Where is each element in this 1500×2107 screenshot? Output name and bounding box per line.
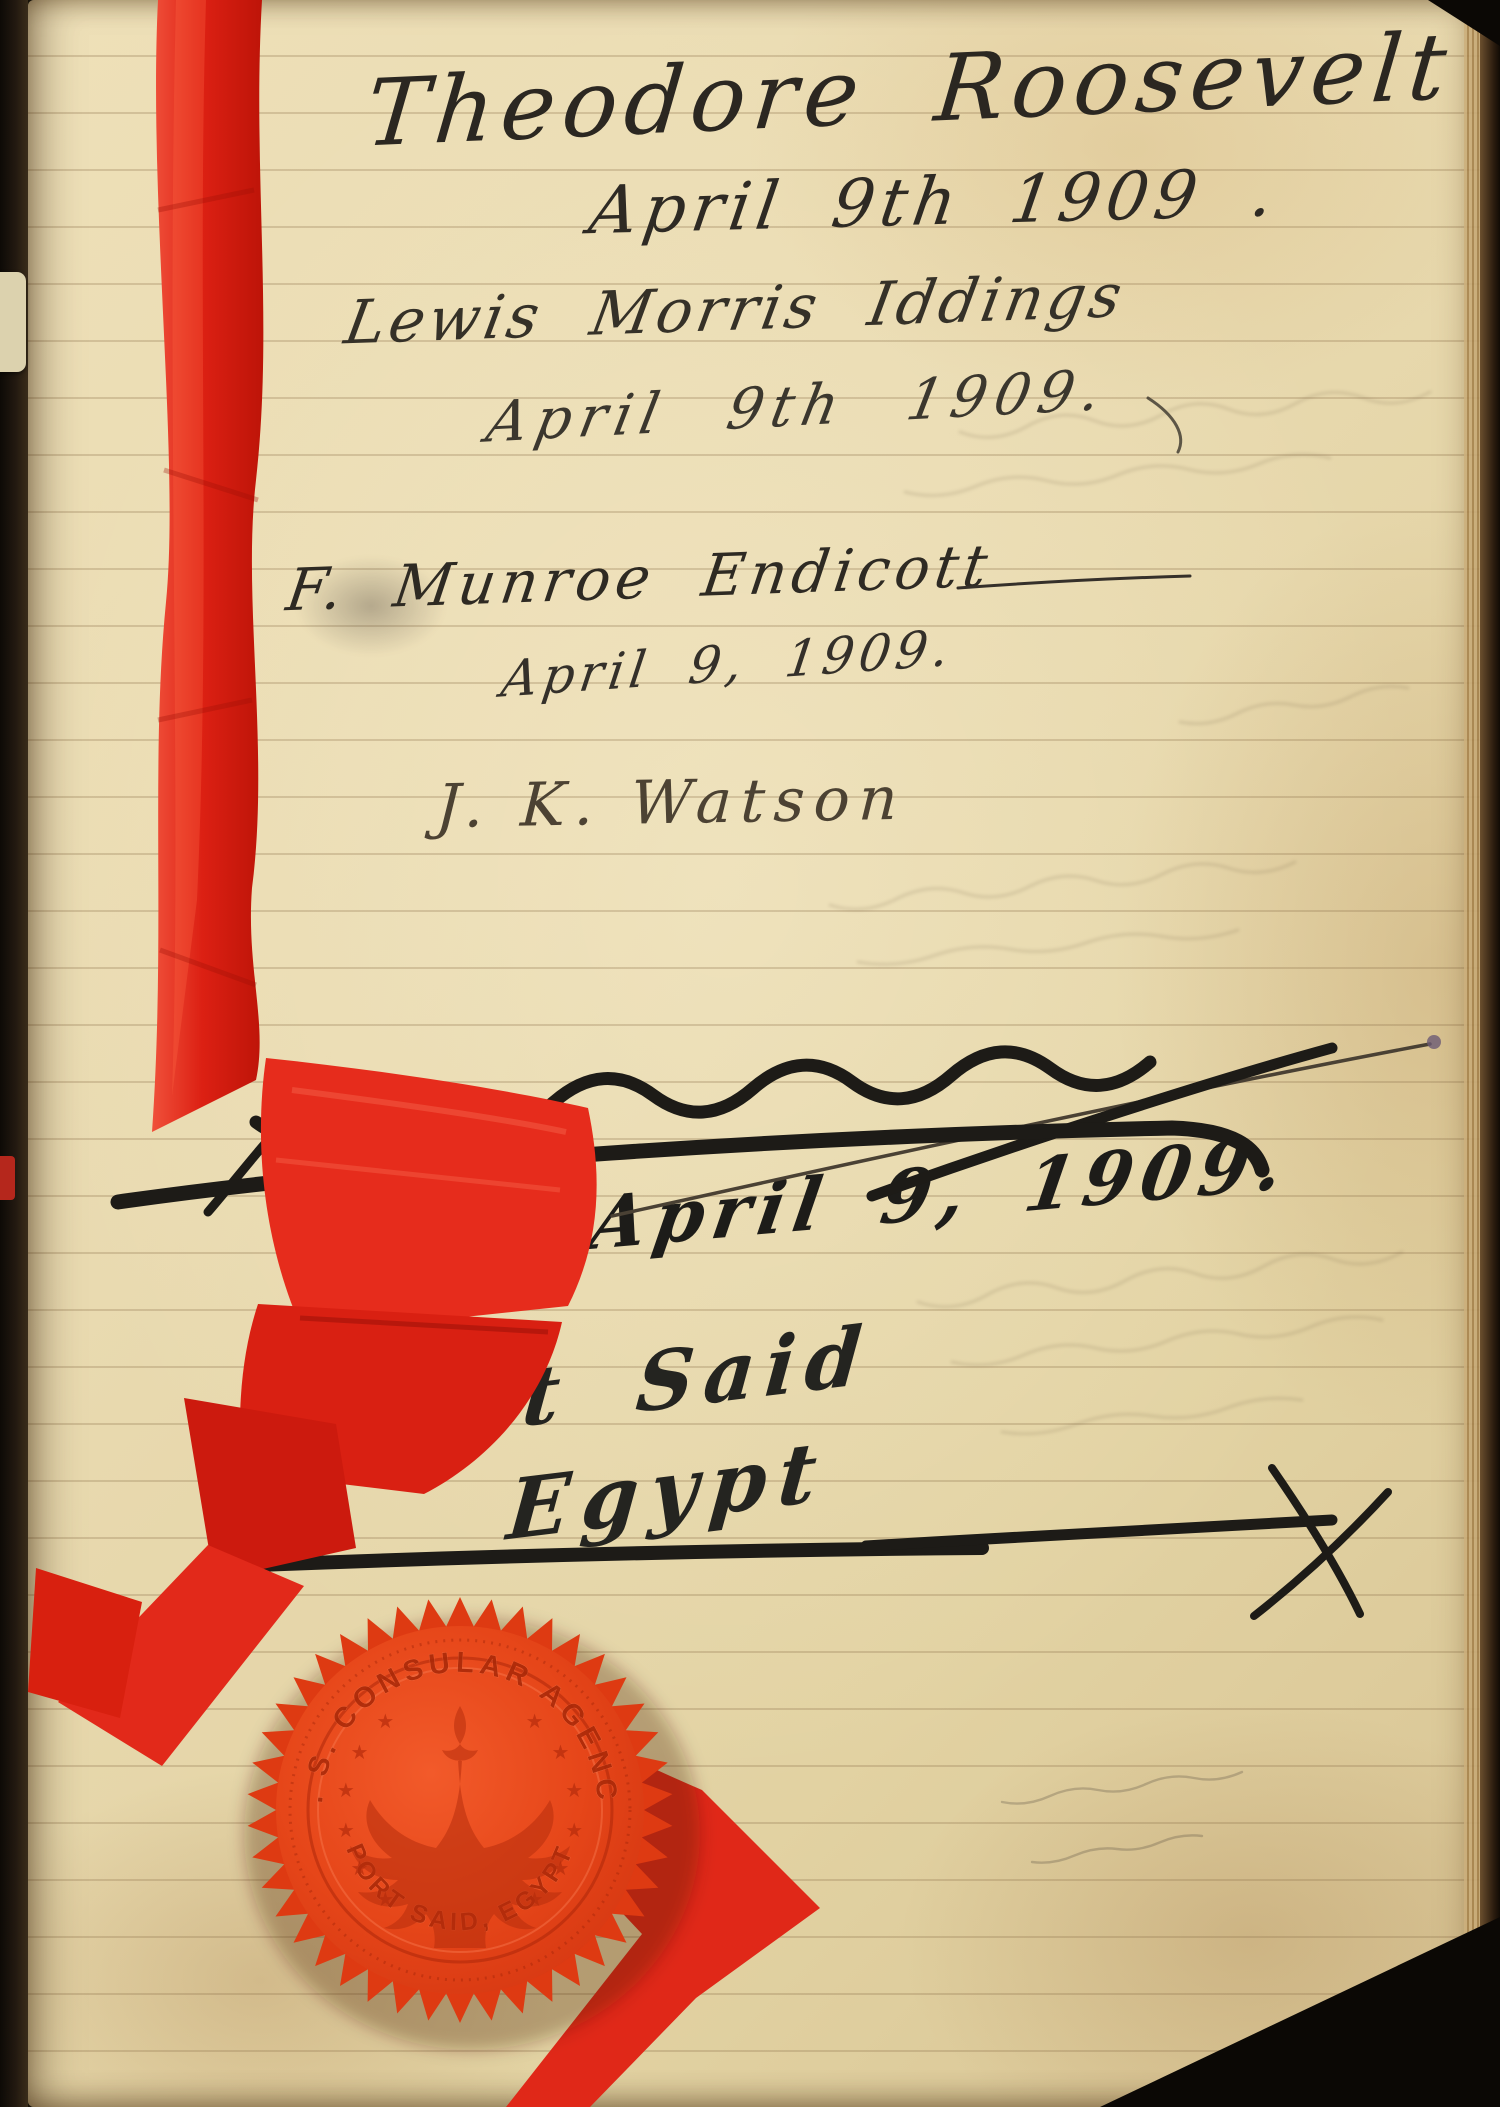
- red-paper-speck: [0, 1156, 15, 1200]
- svg-text:★: ★: [565, 1778, 583, 1802]
- svg-text:★: ★: [565, 1818, 583, 1842]
- svg-text:★: ★: [337, 1818, 355, 1842]
- photographed-register-page: Theodore Roosevelt April 9th 1909 . Lewi…: [0, 0, 1500, 2107]
- page-stack-edge: [1464, 0, 1480, 2107]
- svg-text:★: ★: [552, 1740, 570, 1764]
- photo-right-edge: [1480, 0, 1500, 2107]
- torn-paper-tab: [0, 272, 26, 372]
- svg-text:★: ★: [337, 1778, 355, 1802]
- svg-text:★: ★: [526, 1709, 544, 1733]
- consular-seal: U. S. CONSULAR AGENCY PORT SAID, EGYPT ★…: [0, 0, 1500, 2107]
- svg-text:★: ★: [351, 1740, 369, 1764]
- svg-text:★: ★: [376, 1709, 394, 1733]
- seal-text-top: U. S. CONSULAR AGENCY: [0, 0, 623, 1806]
- svg-text:U. S. CONSULAR AGENCY: U. S. CONSULAR AGENCY: [0, 0, 623, 1806]
